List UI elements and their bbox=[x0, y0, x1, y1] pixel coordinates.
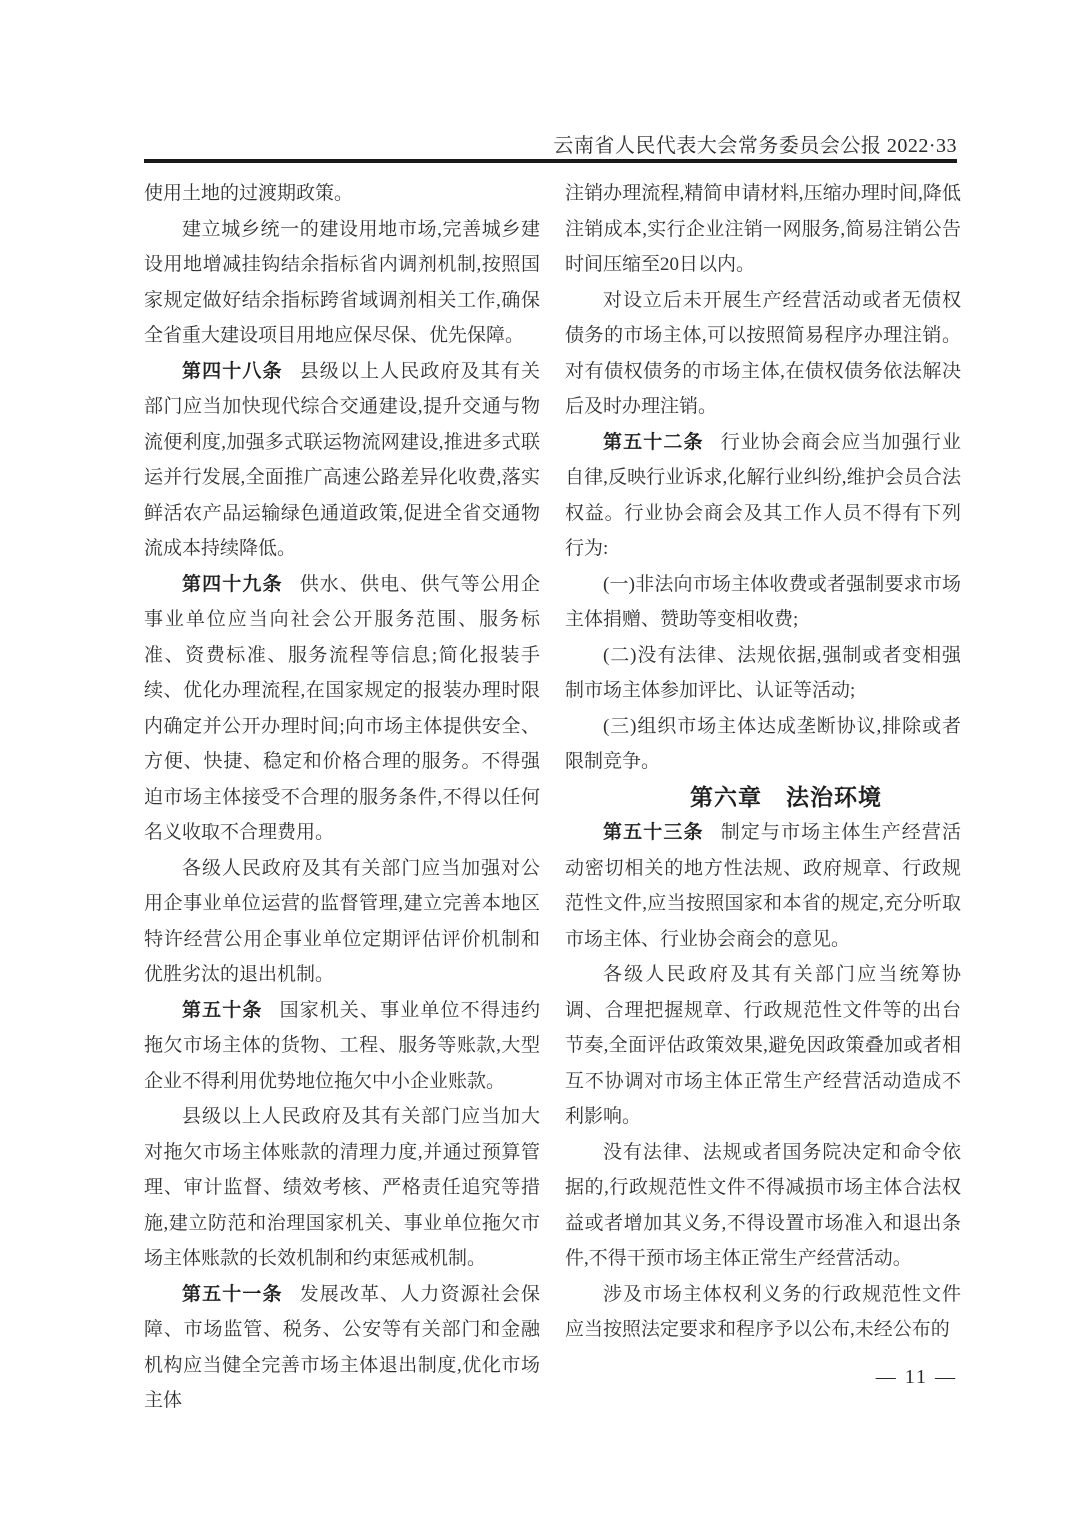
paragraph-article-52: 第五十二条行业协会商会应当加强行业自律,反映行业诉求,化解行业纠纷,维护会员合法… bbox=[565, 425, 961, 567]
article-number: 第五十三条 bbox=[603, 822, 704, 843]
paragraph-text: 各级人民政府及其有关部门应当加强对公用企事业单位运营的监督管理,建立完善本地区特… bbox=[144, 858, 540, 986]
paragraph-article-51: 第五十一条发展改革、人力资源社会保障、市场监管、税务、公安等有关部门和金融机构应… bbox=[144, 1277, 540, 1419]
list-item-2: (二)没有法律、法规依据,强制或者变相强制市场主体参加评比、认证等活动; bbox=[565, 638, 961, 709]
paragraph-article-48: 第四十八条县级以上人民政府及其有关部门应当加快现代综合交通建设,提升交通与物流便… bbox=[144, 354, 540, 567]
paragraph-text: 没有法律、法规或者国务院决定和命令依据的,行政规范性文件不得减损市场主体合法权益… bbox=[565, 1142, 961, 1270]
paragraph-text: 供水、供电、供气等公用企事业单位应当向社会公开服务范围、服务标准、资费标准、服务… bbox=[144, 574, 540, 844]
paragraph-article-50: 第五十条国家机关、事业单位不得违约拖欠市场主体的货物、工程、服务等账款,大型企业… bbox=[144, 993, 540, 1100]
paragraph-text: (一)非法向市场主体收费或者强制要求市场主体捐赠、赞助等变相收费; bbox=[565, 574, 961, 631]
paragraph-text: 使用土地的过渡期政策。 bbox=[144, 183, 353, 204]
right-column: 注销办理流程,精简申请材料,压缩办理时间,降低注销成本,实行企业注销一网服务,简… bbox=[565, 176, 961, 1348]
article-number: 第四十八条 bbox=[182, 361, 283, 382]
article-number: 第五十二条 bbox=[603, 432, 704, 453]
list-item-3: (三)组织市场主体达成垄断协议,排除或者限制竞争。 bbox=[565, 709, 961, 780]
paragraph: 建立城乡统一的建设用地市场,完善城乡建设用地增减挂钩结余指标省内调剂机制,按照国… bbox=[144, 212, 540, 354]
header-rule bbox=[144, 159, 957, 163]
paragraph: 对设立后未开展生产经营活动或者无债权债务的市场主体,可以按照简易程序办理注销。对… bbox=[565, 283, 961, 425]
paragraph-text: 建立城乡统一的建设用地市场,完善城乡建设用地增减挂钩结余指标省内调剂机制,按照国… bbox=[144, 219, 540, 347]
paragraph: 没有法律、法规或者国务院决定和命令依据的,行政规范性文件不得减损市场主体合法权益… bbox=[565, 1135, 961, 1277]
paragraph: 涉及市场主体权利义务的行政规范性文件应当按照法定要求和程序予以公布,未经公布的 bbox=[565, 1277, 961, 1348]
paragraph-text: 涉及市场主体权利义务的行政规范性文件应当按照法定要求和程序予以公布,未经公布的 bbox=[565, 1284, 961, 1341]
paragraph-text: 县级以上人民政府及其有关部门应当加大对拖欠市场主体账款的清理力度,并通过预算管理… bbox=[144, 1106, 540, 1269]
paragraph-article-49: 第四十九条供水、供电、供气等公用企事业单位应当向社会公开服务范围、服务标准、资费… bbox=[144, 567, 540, 851]
paragraph: 注销办理流程,精简申请材料,压缩办理时间,降低注销成本,实行企业注销一网服务,简… bbox=[565, 176, 961, 283]
paragraph: 使用土地的过渡期政策。 bbox=[144, 176, 540, 212]
paragraph-text: 注销办理流程,精简申请材料,压缩办理时间,降低注销成本,实行企业注销一网服务,简… bbox=[565, 183, 961, 275]
article-number: 第四十九条 bbox=[182, 574, 283, 595]
article-number: 第五十条 bbox=[182, 1000, 262, 1021]
paragraph-text: (三)组织市场主体达成垄断协议,排除或者限制竞争。 bbox=[565, 716, 961, 773]
chapter-heading: 第六章 法治环境 bbox=[565, 780, 961, 816]
paragraph-text: (二)没有法律、法规依据,强制或者变相强制市场主体参加评比、认证等活动; bbox=[565, 645, 961, 702]
page-number: — 11 — bbox=[565, 1366, 957, 1389]
paragraph: 县级以上人民政府及其有关部门应当加大对拖欠市场主体账款的清理力度,并通过预算管理… bbox=[144, 1099, 540, 1277]
paragraph-text: 各级人民政府及其有关部门应当统筹协调、合理把握规章、行政规范性文件等的出台节奏,… bbox=[565, 964, 961, 1127]
paragraph-article-53: 第五十三条制定与市场主体生产经营活动密切相关的地方性法规、政府规章、行政规范性文… bbox=[565, 815, 961, 957]
paragraph-text: 对设立后未开展生产经营活动或者无债权债务的市场主体,可以按照简易程序办理注销。对… bbox=[565, 290, 961, 418]
list-item-1: (一)非法向市场主体收费或者强制要求市场主体捐赠、赞助等变相收费; bbox=[565, 567, 961, 638]
left-column: 使用土地的过渡期政策。 建立城乡统一的建设用地市场,完善城乡建设用地增减挂钩结余… bbox=[144, 176, 540, 1419]
paragraph: 各级人民政府及其有关部门应当加强对公用企事业单位运营的监督管理,建立完善本地区特… bbox=[144, 851, 540, 993]
article-number: 第五十一条 bbox=[182, 1284, 283, 1305]
gazette-page: 云南省人民代表大会常务委员会公报 2022·33 使用土地的过渡期政策。 建立城… bbox=[0, 0, 1080, 1515]
gazette-header-title: 云南省人民代表大会常务委员会公报 2022·33 bbox=[144, 129, 957, 158]
paragraph: 各级人民政府及其有关部门应当统筹协调、合理把握规章、行政规范性文件等的出台节奏,… bbox=[565, 957, 961, 1135]
paragraph-text: 县级以上人民政府及其有关部门应当加快现代综合交通建设,提升交通与物流便利度,加强… bbox=[144, 361, 540, 560]
